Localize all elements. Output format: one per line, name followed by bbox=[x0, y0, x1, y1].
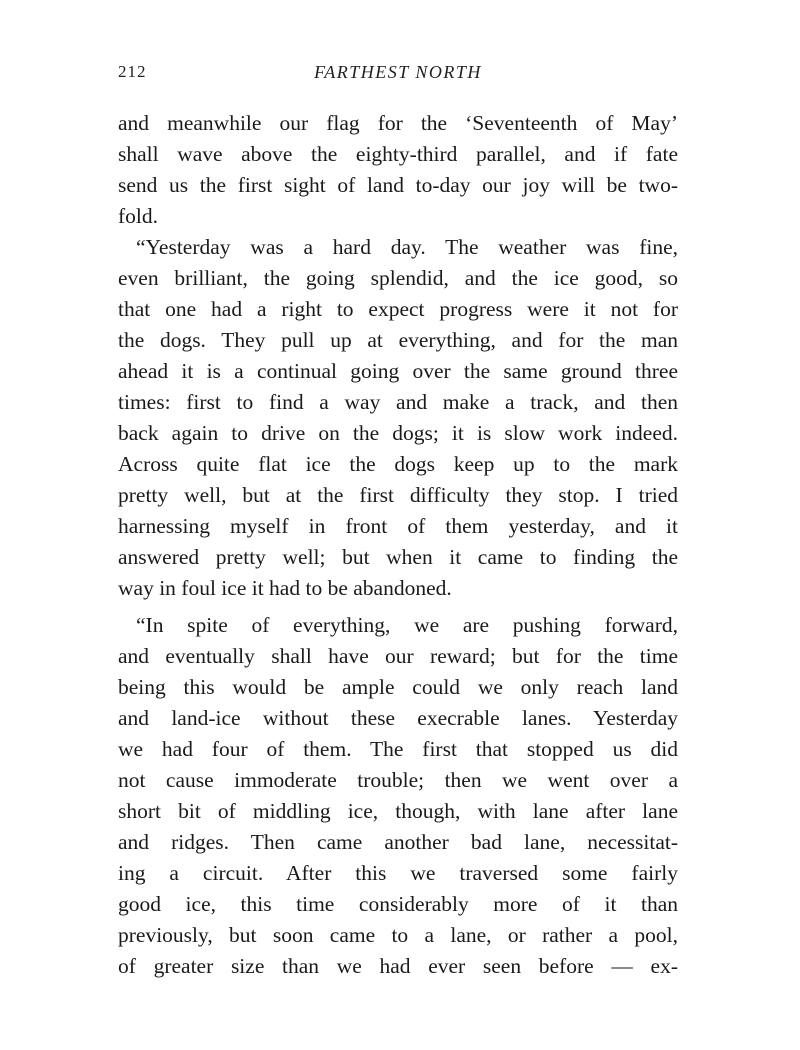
text-line: being this would be ample could we only … bbox=[118, 672, 678, 703]
text-line: pretty well, but at the first difficulty… bbox=[118, 480, 678, 511]
running-head: 212 FARTHEST NORTH bbox=[118, 62, 678, 86]
text-line: and ridges. Then came another bad lane, … bbox=[118, 827, 678, 858]
text-line: the dogs. They pull up at everything, an… bbox=[118, 325, 678, 356]
text-line: even brilliant, the going splendid, and … bbox=[118, 263, 678, 294]
text-line: short bit of middling ice, though, with … bbox=[118, 796, 678, 827]
text-line: we had four of them. The first that stop… bbox=[118, 734, 678, 765]
text-line: ing a circuit. After this we traversed s… bbox=[118, 858, 678, 889]
text-line: times: first to find a way and make a tr… bbox=[118, 387, 678, 418]
text-line: of greater size than we had ever seen be… bbox=[118, 951, 678, 982]
text-line: previously, but soon came to a lane, or … bbox=[118, 920, 678, 951]
text-line: and meanwhile our flag for the ‘Seventee… bbox=[118, 108, 678, 139]
text-line: not cause immoderate trouble; then we we… bbox=[118, 765, 678, 796]
text-line: that one had a right to expect progress … bbox=[118, 294, 678, 325]
paragraph-start-line: “In spite of everything, we are pushing … bbox=[136, 610, 678, 641]
text-line: harnessing myself in front of them yeste… bbox=[118, 511, 678, 542]
running-title: FARTHEST NORTH bbox=[118, 62, 678, 83]
text-line: answered pretty well; but when it came t… bbox=[118, 542, 678, 573]
text-line: shall wave above the eighty-third parall… bbox=[118, 139, 678, 170]
text-line: back again to drive on the dogs; it is s… bbox=[118, 418, 678, 449]
text-line: good ice, this time considerably more of… bbox=[118, 889, 678, 920]
text-line: send us the first sight of land to-day o… bbox=[118, 170, 678, 201]
paragraph-start-line: “Yesterday was a hard day. The weather w… bbox=[136, 232, 678, 263]
text-line: fold. bbox=[118, 201, 678, 232]
text-line: Across quite flat ice the dogs keep up t… bbox=[118, 449, 678, 480]
text-line: way in foul ice it had to be abandoned. bbox=[118, 573, 678, 604]
book-page: 212 FARTHEST NORTH and meanwhile our fla… bbox=[0, 0, 800, 1050]
text-line: ahead it is a continual going over the s… bbox=[118, 356, 678, 387]
text-line: and land-ice without these execrable lan… bbox=[118, 703, 678, 734]
text-line: and eventually shall have our reward; bu… bbox=[118, 641, 678, 672]
